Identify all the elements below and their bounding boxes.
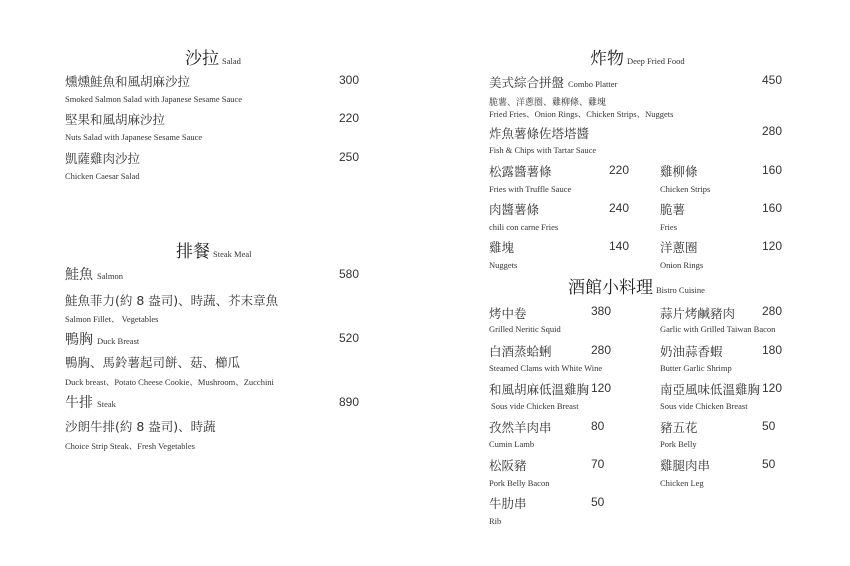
menu-item-price: 120: [591, 381, 611, 395]
menu-item-name-en: Steak: [97, 399, 116, 409]
menu-item-name: 牛排Steak: [65, 392, 116, 412]
menu-item-en: Pork Belly: [660, 439, 697, 449]
menu-item-en: Chicken Strips: [660, 184, 710, 194]
menu-item-desc-zh: 沙朗牛排(約 8 盎司)、時蔬: [65, 417, 216, 435]
menu-item-desc-zh: 鮭魚菲力(約 8 盎司)、時蔬、芥末章魚: [65, 291, 278, 309]
menu-item-name: 豬五花: [660, 418, 698, 436]
menu-item-price: 160: [762, 163, 782, 177]
menu-item-en: Butter Garlic Shrimp: [660, 363, 732, 373]
menu-item-name: 白酒蒸蛤蜊: [489, 342, 552, 360]
menu-item-en: Steamed Clams with White Wine: [489, 363, 602, 373]
menu-item-en: Chicken Caesar Salad: [65, 171, 140, 181]
menu-item-price: 50: [762, 419, 775, 433]
menu-item-en: Nuts Salad with Japanese Sesame Sauce: [65, 132, 202, 142]
menu-item-price: 280: [762, 124, 782, 138]
menu-item-name: 烤中卷: [489, 304, 527, 322]
menu-item-name: 牛肋串: [489, 494, 527, 512]
menu-item-desc-en: Duck breast、Potato Cheese Cookie、Mushroo…: [65, 376, 274, 388]
menu-item-price: 280: [591, 343, 611, 357]
menu-item-name: 洋蔥圈: [660, 238, 698, 256]
menu-item-name: 鮭魚Salmon: [65, 264, 123, 284]
menu-item-name: 脆薯: [660, 200, 685, 218]
menu-item-name-en: Salmon: [97, 271, 123, 281]
menu-item-name: 燻燻鮭魚和風胡麻沙拉: [65, 72, 190, 90]
menu-item-price: 180: [762, 343, 782, 357]
menu-item-desc-en: Salmon Fillet、 Vegetables: [65, 313, 159, 325]
menu-item-en: Chicken Leg: [660, 478, 704, 488]
menu-item-price: 70: [591, 457, 604, 471]
menu-item-en: Garlic with Grilled Taiwan Bacon: [660, 324, 775, 334]
menu-item-name: 炸魚薯條佐塔塔醬: [489, 124, 589, 142]
menu-item-price: 300: [339, 73, 359, 87]
fried-title-en: Deep Fried Food: [627, 56, 685, 66]
menu-item-price: 220: [609, 163, 629, 177]
menu-item-price: 50: [762, 457, 775, 471]
menu-item-en: Fries with Truffle Sauce: [489, 184, 571, 194]
menu-item-en: Fish & Chips with Tartar Sauce: [489, 145, 596, 155]
menu-item-price: 120: [762, 239, 782, 253]
menu-item-name: 南亞風味低溫雞胸: [660, 380, 760, 398]
menu-item-price: 140: [609, 239, 629, 253]
menu-item-name-zh: 鮭魚: [65, 267, 93, 283]
salad-title-zh: 沙拉: [185, 49, 219, 69]
bistro-title-zh: 酒館小料理: [568, 278, 653, 298]
menu-item-price: 580: [339, 267, 359, 281]
menu-item-price: 160: [762, 201, 782, 215]
menu-item-name: 奶油蒜香蝦: [660, 342, 723, 360]
bistro-section-title: 酒館小料理Bistro Cuisine: [568, 273, 705, 298]
menu-item-price: 220: [339, 111, 359, 125]
menu-item-en: Grilled Neritic Squid: [489, 324, 561, 334]
steak-title-en: Steak Meal: [213, 249, 251, 259]
left-menu-page: 沙拉Salad 燻燻鮭魚和風胡麻沙拉 300 Smoked Salmon Sal…: [0, 0, 425, 566]
menu-item-name: 凱薩雞肉沙拉: [65, 149, 140, 167]
menu-item-name: 肉醬薯條: [489, 200, 539, 218]
fried-title-zh: 炸物: [590, 49, 624, 69]
menu-item-desc-en: Fried Fries、Onion Rings、Chicken Strips、N…: [489, 108, 673, 120]
menu-item-en: Nuggets: [489, 260, 517, 270]
menu-item-name: 松露醬薯條: [489, 162, 552, 180]
menu-item-price: 450: [762, 73, 782, 87]
menu-item-name: 和風胡麻低溫雞胸: [489, 380, 589, 398]
menu-item-price: 520: [339, 331, 359, 345]
menu-item-en: Cumin Lamb: [489, 439, 534, 449]
menu-item-price: 50: [591, 495, 604, 509]
menu-item-name: 蒜片烤鹹豬肉: [660, 304, 735, 322]
salad-section-title: 沙拉Salad: [185, 44, 241, 69]
menu-item-name-zh: 美式綜合拼盤: [489, 75, 564, 90]
salad-title-en: Salad: [222, 56, 241, 66]
menu-item-price: 240: [609, 201, 629, 215]
menu-item-desc-zh: 鴨胸、馬鈴薯起司餅、菇、櫛瓜: [65, 353, 240, 371]
menu-item-en: Fries: [660, 222, 677, 232]
menu-item-name: 鴨胸Duck Breast: [65, 329, 139, 349]
menu-item-name-zh: 鴨胸: [65, 332, 93, 348]
menu-item-price: 120: [762, 381, 782, 395]
steak-section-title: 排餐Steak Meal: [176, 237, 251, 262]
menu-item-name: 孜然羊肉串: [489, 418, 552, 436]
menu-item-en: Pork Belly Bacon: [489, 478, 549, 488]
menu-item-en: chili con carne Fries: [489, 222, 558, 232]
menu-item-name: 雞塊: [489, 238, 514, 256]
menu-item-name: 雞柳條: [660, 162, 698, 180]
menu-item-desc-zh: 脆薯、洋蔥圈、雞柳條、雞塊: [489, 95, 606, 108]
menu-item-en: Sous vide Chicken Breast: [491, 401, 579, 411]
menu-item-price: 250: [339, 150, 359, 164]
menu-item-desc-en: Choice Strip Steak、Fresh Vegetables: [65, 440, 195, 452]
bistro-title-en: Bistro Cuisine: [656, 285, 705, 295]
menu-item-en: Rib: [489, 516, 501, 526]
menu-item-name-en: Duck Breast: [97, 336, 139, 346]
steak-title-zh: 排餐: [176, 242, 210, 262]
menu-item-price: 280: [762, 304, 782, 318]
menu-item-name-en: Combo Platter: [568, 79, 617, 89]
menu-item-en: Sous vide Chicken Breast: [660, 401, 748, 411]
menu-item-name: 堅果和風胡麻沙拉: [65, 110, 165, 128]
menu-item-price: 380: [591, 304, 611, 318]
menu-item-price: 80: [591, 419, 604, 433]
menu-item-name: 松阪豬: [489, 456, 527, 474]
menu-item-en: Onion Rings: [660, 260, 703, 270]
menu-item-name: 雞腿肉串: [660, 456, 710, 474]
menu-item-en: Smoked Salmon Salad with Japanese Sesame…: [65, 94, 242, 104]
menu-item-price: 890: [339, 395, 359, 409]
fried-section-title: 炸物Deep Fried Food: [590, 44, 685, 69]
menu-item-name: 美式綜合拼盤Combo Platter: [489, 73, 617, 91]
right-menu-page: 炸物Deep Fried Food 美式綜合拼盤Combo Platter 45…: [425, 0, 850, 566]
menu-item-name-zh: 牛排: [65, 395, 93, 411]
